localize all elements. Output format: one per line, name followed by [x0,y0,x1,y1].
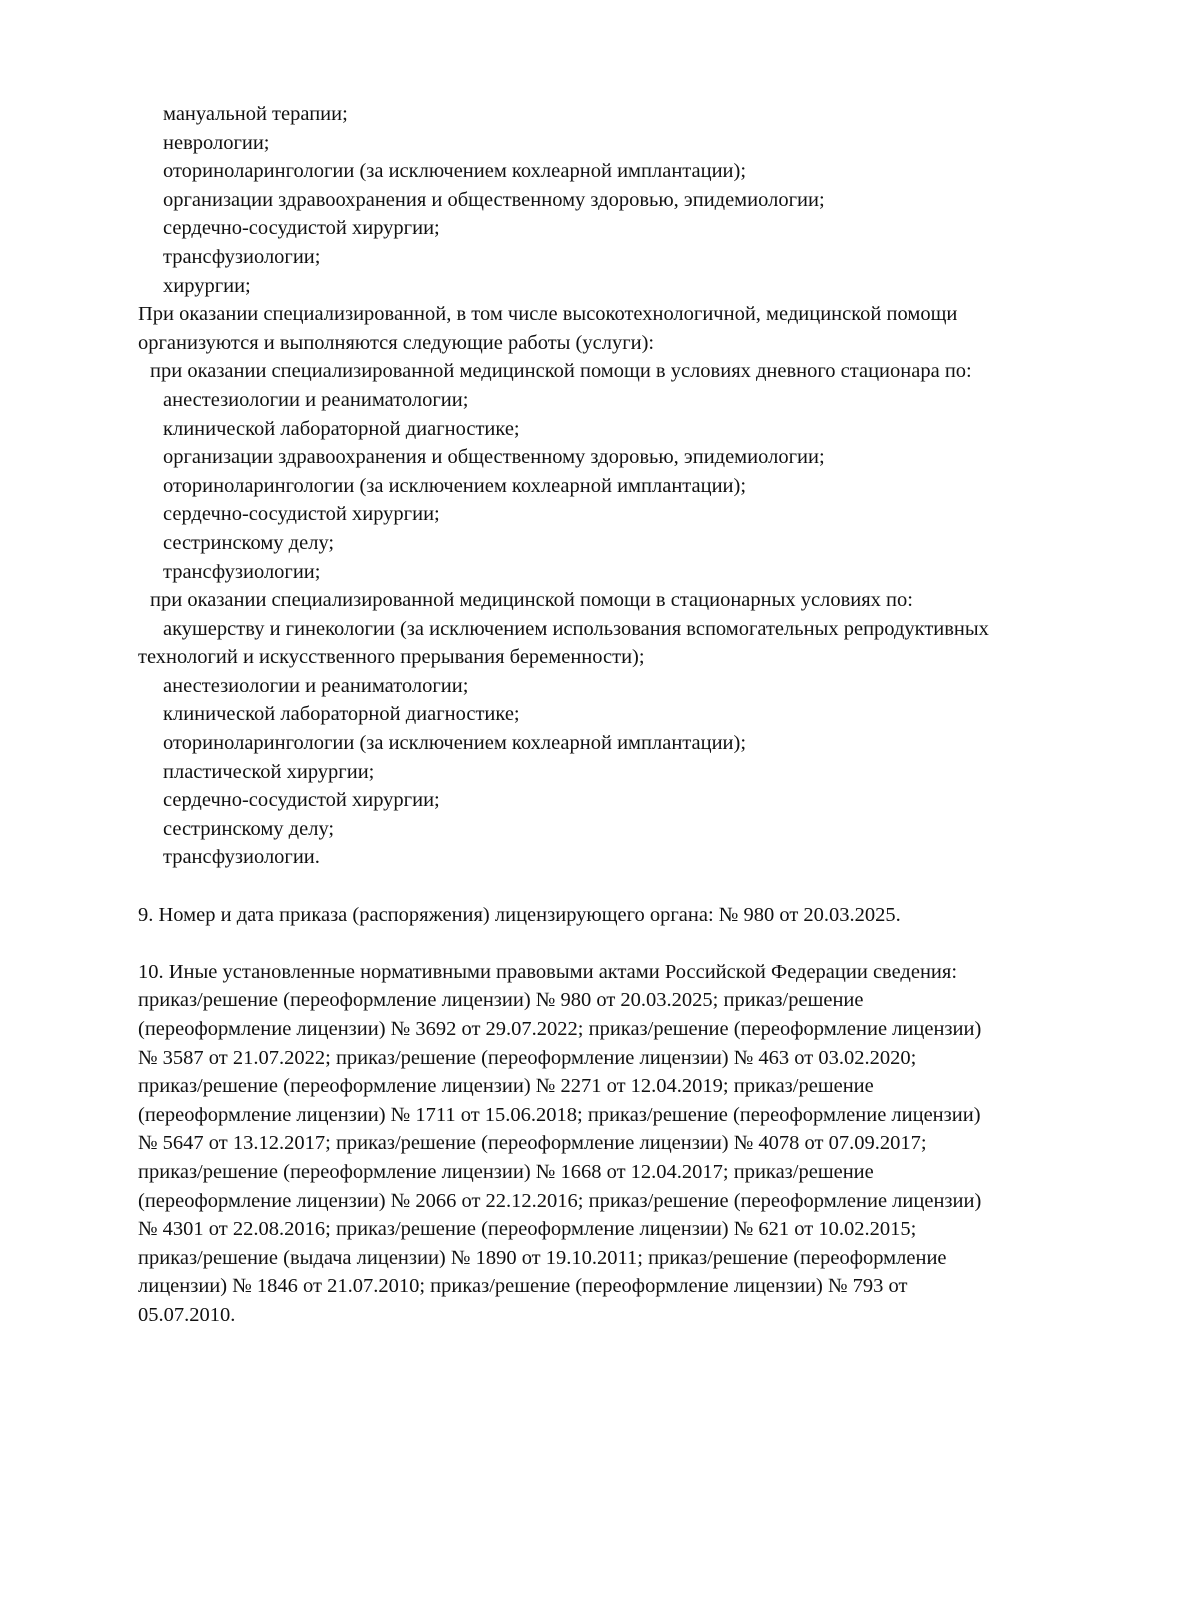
document-page: мануальной терапии; неврологии; оторинол… [138,100,1128,1330]
list-item: сердечно-сосудистой хирургии; [138,214,1128,243]
paragraph-line: (переоформление лицензии) № 3692 от 29.0… [138,1015,1128,1044]
paragraph-line: приказ/решение (переоформление лицензии)… [138,1072,1128,1101]
paragraph-line: приказ/решение (выдача лицензии) № 1890 … [138,1244,1128,1273]
list-item: сердечно-сосудистой хирургии; [138,786,1128,815]
list-item: трансфузиологии; [138,558,1128,587]
list-item: трансфузиологии. [138,843,1128,872]
list-item: хирургии; [138,272,1128,301]
paragraph-line: При оказании специализированной, в том ч… [138,300,1128,329]
paragraph-line: приказ/решение (переоформление лицензии)… [138,986,1128,1015]
list-item: акушерству и гинекологии (за исключением… [138,615,1128,644]
paragraph-line: приказ/решение (переоформление лицензии)… [138,1158,1128,1187]
list-item-continuation: технологий и искусственного прерывания б… [138,643,1128,672]
inpatient-section: при оказании специализированной медицинс… [138,586,1128,872]
list-item: сестринскому делу; [138,815,1128,844]
list-item: организации здравоохранения и общественн… [138,443,1128,472]
list-item: оториноларингологии (за исключением кохл… [138,472,1128,501]
list-item: клинической лабораторной диагностике; [138,415,1128,444]
paragraph-line: 10. Иные установленные нормативными прав… [138,958,1128,987]
spacer [138,929,1128,958]
paragraph-line: № 3587 от 21.07.2022; приказ/решение (пе… [138,1044,1128,1073]
list-item: клинической лабораторной диагностике; [138,700,1128,729]
spacer [138,872,1128,901]
specialized-care-intro: При оказании специализированной, в том ч… [138,300,1128,357]
section-heading: при оказании специализированной медицинс… [138,357,1128,386]
list-item: пластической хирургии; [138,758,1128,787]
paragraph-line: 05.07.2010. [138,1301,1128,1330]
list-item: неврологии; [138,129,1128,158]
paragraph-line: (переоформление лицензии) № 1711 от 15.0… [138,1101,1128,1130]
top-services-list: мануальной терапии; неврологии; оторинол… [138,100,1128,300]
list-item: трансфузиологии; [138,243,1128,272]
list-item: сердечно-сосудистой хирургии; [138,500,1128,529]
list-item: оториноларингологии (за исключением кохл… [138,729,1128,758]
section-heading: при оказании специализированной медицинс… [138,586,1128,615]
day-hospital-section: при оказании специализированной медицинс… [138,357,1128,586]
list-item: анестезиологии и реаниматологии; [138,672,1128,701]
list-item: организации здравоохранения и общественн… [138,186,1128,215]
paragraph-line: лицензии) № 1846 от 21.07.2010; приказ/р… [138,1272,1128,1301]
list-item: сестринскому делу; [138,529,1128,558]
paragraph-line: № 5647 от 13.12.2017; приказ/решение (пе… [138,1129,1128,1158]
section-10-other-info: 10. Иные установленные нормативными прав… [138,958,1128,1330]
section-9-order-info: 9. Номер и дата приказа (распоряжения) л… [138,901,1128,930]
paragraph-line: организуются и выполняются следующие раб… [138,329,1128,358]
list-item: анестезиологии и реаниматологии; [138,386,1128,415]
list-item: оториноларингологии (за исключением кохл… [138,157,1128,186]
paragraph-line: № 4301 от 22.08.2016; приказ/решение (пе… [138,1215,1128,1244]
list-item: мануальной терапии; [138,100,1128,129]
paragraph-line: (переоформление лицензии) № 2066 от 22.1… [138,1187,1128,1216]
